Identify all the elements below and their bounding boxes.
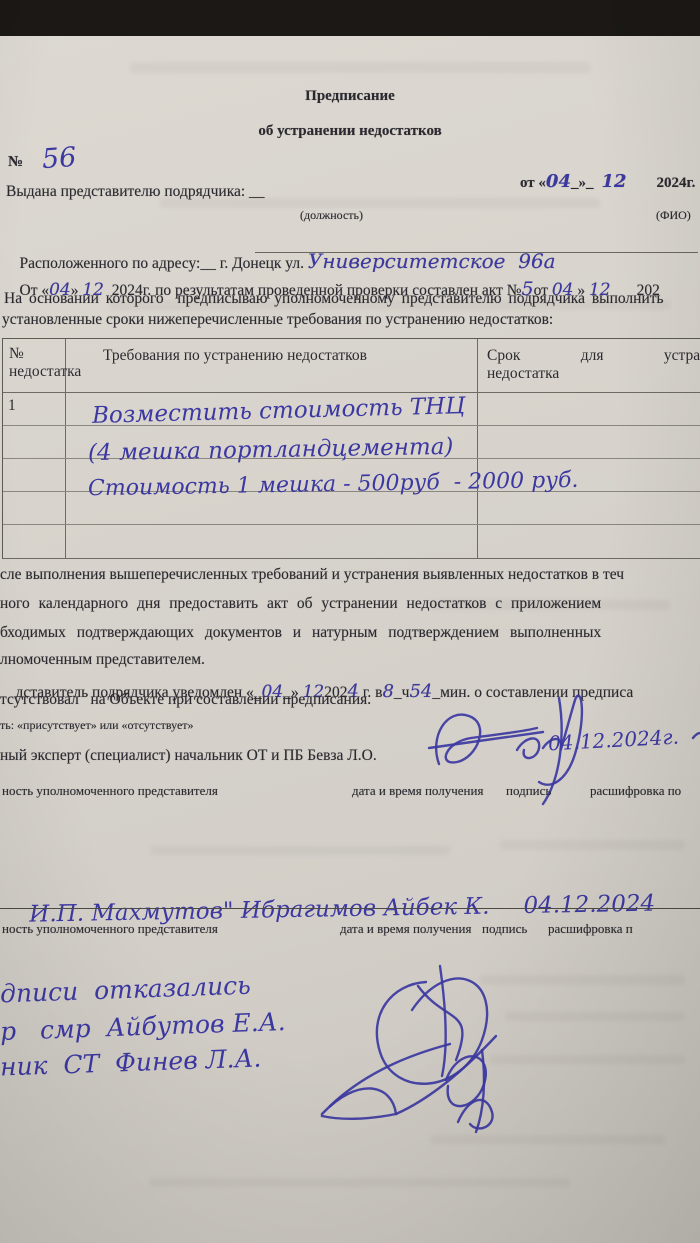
caption2-datetime: дата и время получения	[340, 921, 471, 937]
table-header-number: № недостатка	[9, 345, 61, 381]
doc-number-value: 56	[41, 142, 77, 175]
caption1-name: расшифровка по	[590, 783, 681, 799]
after-table-line-2: ного календарного дня предоставить акт о…	[0, 595, 601, 613]
background-edge	[0, 0, 700, 36]
after-table-line-1: сле выполнения вышеперечисленных требова…	[0, 566, 624, 584]
doc-title: Предписание	[0, 88, 700, 105]
date-sep: _»_	[571, 175, 594, 191]
issued-to-line: Выдана представителю подрядчика: __	[6, 183, 265, 201]
caption1-datetime: дата и время получения	[352, 783, 483, 799]
presence-line: тсутствовал на Объекте при составлении п…	[0, 691, 371, 709]
caption2-signature: подпись	[482, 921, 527, 937]
receipt-underline	[0, 908, 700, 909]
caption1-signature: подпись	[506, 783, 551, 799]
caption2-position: ность уполномоченного представителя	[2, 921, 218, 937]
signature-scribble-small	[428, 1040, 528, 1140]
table-vline-2	[477, 339, 478, 559]
receipt-handwritten: И.П. Махмутов" Ибрагимов Айбек К.04.12.2…	[0, 864, 700, 954]
address-underline	[255, 252, 698, 253]
intro-line-1: На основании которого предписываю уполно…	[4, 290, 664, 308]
act-line: От «04» 12 2024г. по результатам проведе…	[4, 260, 660, 318]
bleed-through-artifact	[150, 1178, 570, 1187]
caption-fio: (ФИО)	[656, 208, 691, 223]
date-day-handwritten: 04	[546, 171, 571, 192]
document-photo: Предписание об устранении недостатков № …	[0, 0, 700, 1243]
doc-date-line: от «04_»_122024г.	[505, 154, 695, 209]
footnote-line: ть: «присутствует» или «отсутствует»	[0, 718, 194, 733]
intro-line-2: установленные сроки нижеперечисленные тр…	[2, 311, 553, 329]
doc-subtitle: об устранении недостатков	[0, 123, 700, 140]
table-row-number: 1	[8, 397, 16, 415]
bleed-through-artifact	[505, 1012, 685, 1021]
bleed-through-artifact	[130, 62, 590, 73]
caption-position: (должность)	[300, 208, 363, 223]
bleed-through-artifact	[500, 840, 685, 850]
notify-p5: _ч	[394, 684, 410, 701]
table-header-bottom	[3, 392, 700, 393]
date-year: 2024г.	[657, 175, 696, 191]
date-prefix: от «	[520, 175, 546, 191]
notify-hour-handwritten: 8	[382, 681, 393, 702]
bleed-through-artifact	[150, 846, 450, 855]
receipt-date: 04.12.2024	[523, 891, 655, 919]
date-month-handwritten: 12	[601, 171, 626, 192]
expert-line: ный эксперт (специалист) начальник ОТ и …	[0, 747, 377, 765]
table-bottom	[3, 558, 700, 559]
table-header-term: Срок для устранения недостатка	[487, 347, 700, 383]
bleed-through-artifact	[480, 975, 685, 985]
table-header-requirements: Требования по устранению недостатков	[103, 347, 367, 365]
caption1-position: ность уполномоченного представителя	[2, 783, 218, 799]
doc-number-label: №	[8, 154, 23, 171]
after-table-line-3: бходимых подтверждающих документов и нат…	[0, 624, 601, 642]
table-rule	[3, 524, 700, 525]
caption2-name: расшифровка п	[548, 921, 633, 937]
